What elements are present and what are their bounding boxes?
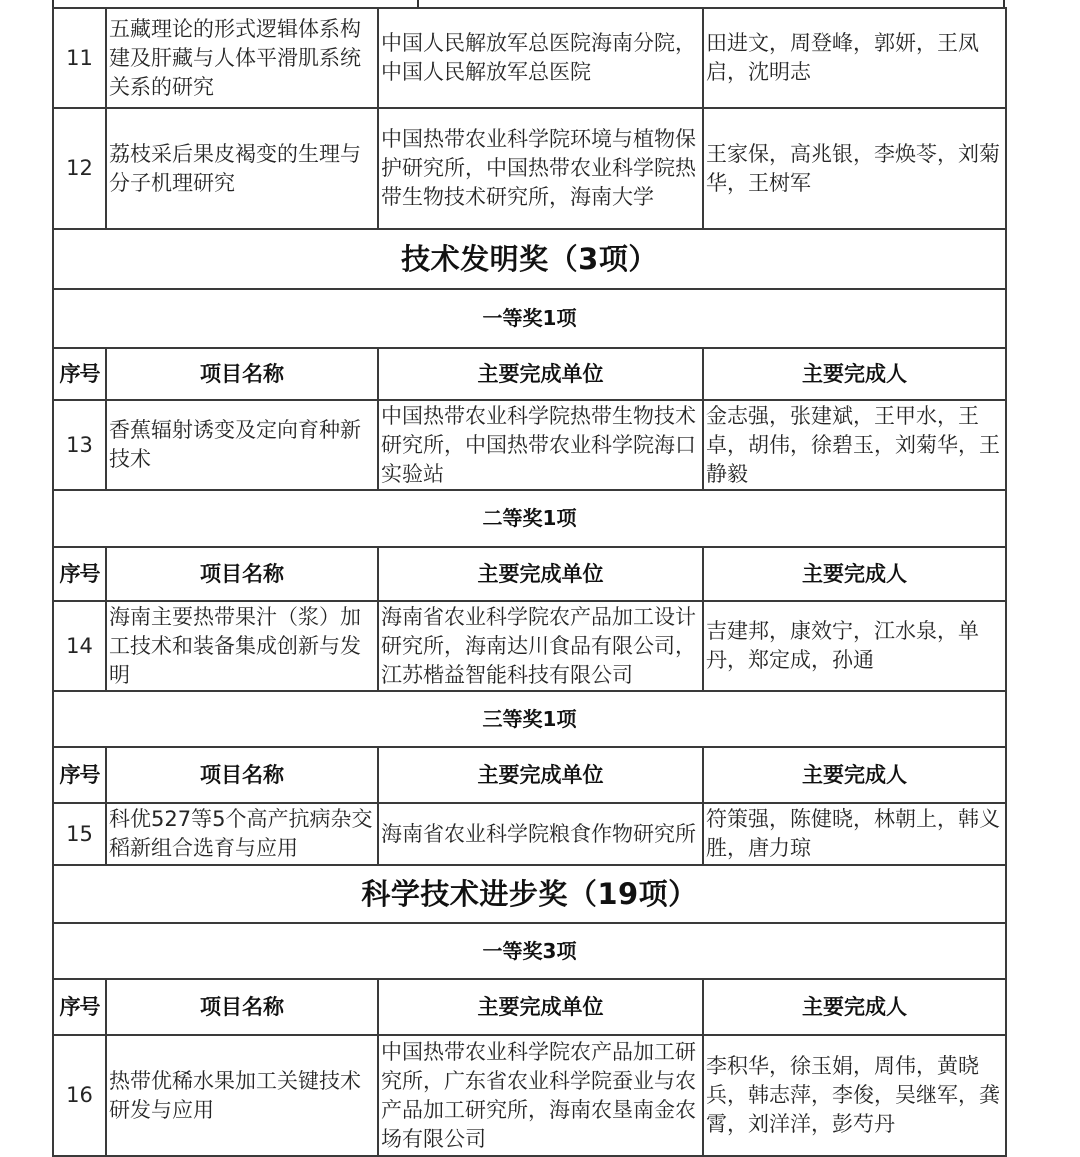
project-name: 五藏理论的形式逻辑体系构建及肝藏与人体平滑肌系统关系的研究 <box>106 8 378 108</box>
table-row: 14 海南主要热带果汁（浆）加工技术和装备集成创新与发明 海南省农业科学院农产品… <box>53 601 1006 691</box>
header-persons: 主要完成人 <box>703 979 1006 1035</box>
project-name: 香蕉辐射诱变及定向育种新技术 <box>106 400 378 490</box>
tier-title: 三等奖1项 <box>53 691 1006 747</box>
completion-persons: 金志强，张建斌，王甲水，王卓，胡伟，徐碧玉，刘菊华，王静毅 <box>703 400 1006 490</box>
section-title: 科学技术进步奖（19项） <box>53 865 1006 923</box>
completion-persons: 王家保，高兆银，李焕苓，刘菊华，王树军 <box>703 108 1006 229</box>
row-index: 13 <box>53 400 106 490</box>
section-heading-row: 科学技术进步奖（19项） <box>53 865 1006 923</box>
header-units: 主要完成单位 <box>378 747 703 803</box>
table-row: 13 香蕉辐射诱变及定向育种新技术 中国热带农业科学院热带生物技术研究所，中国热… <box>53 400 1006 490</box>
header-units: 主要完成单位 <box>378 547 703 601</box>
header-units: 主要完成单位 <box>378 979 703 1035</box>
section-title: 技术发明奖（3项） <box>53 229 1006 289</box>
project-name: 热带优稀水果加工关键技术研发与应用 <box>106 1035 378 1156</box>
completion-units: 中国热带农业科学院农产品加工研究所，广东省农业科学院蚕业与农产品加工研究所，海南… <box>378 1035 703 1156</box>
awards-table: 11 五藏理论的形式逻辑体系构建及肝藏与人体平滑肌系统关系的研究 中国人民解放军… <box>52 7 1007 1157</box>
tier-title: 一等奖1项 <box>53 289 1006 348</box>
completion-units: 海南省农业科学院农产品加工设计研究所，海南达川食品有限公司，江苏楷益智能科技有限… <box>378 601 703 691</box>
row-index: 15 <box>53 803 106 865</box>
header-index: 序号 <box>53 979 106 1035</box>
table-row: 15 科优527等5个高产抗病杂交稻新组合选育与应用 海南省农业科学院粮食作物研… <box>53 803 1006 865</box>
header-index: 序号 <box>53 348 106 400</box>
header-project: 项目名称 <box>106 348 378 400</box>
column-header-row: 序号 项目名称 主要完成单位 主要完成人 <box>53 547 1006 601</box>
tier-title: 一等奖3项 <box>53 923 1006 979</box>
project-name: 海南主要热带果汁（浆）加工技术和装备集成创新与发明 <box>106 601 378 691</box>
header-index: 序号 <box>53 747 106 803</box>
header-project: 项目名称 <box>106 747 378 803</box>
header-units: 主要完成单位 <box>378 348 703 400</box>
section-heading-row: 技术发明奖（3项） <box>53 229 1006 289</box>
row-index: 11 <box>53 8 106 108</box>
completion-persons: 田进文，周登峰，郭妍，王凤启，沈明志 <box>703 8 1006 108</box>
header-project: 项目名称 <box>106 979 378 1035</box>
header-persons: 主要完成人 <box>703 348 1006 400</box>
row-index: 12 <box>53 108 106 229</box>
completion-units: 海南省农业科学院粮食作物研究所 <box>378 803 703 865</box>
project-name: 科优527等5个高产抗病杂交稻新组合选育与应用 <box>106 803 378 865</box>
column-header-row: 序号 项目名称 主要完成单位 主要完成人 <box>53 747 1006 803</box>
completion-units: 中国人民解放军总医院海南分院，中国人民解放军总医院 <box>378 8 703 108</box>
header-persons: 主要完成人 <box>703 547 1006 601</box>
column-header-row: 序号 项目名称 主要完成单位 主要完成人 <box>53 348 1006 400</box>
tier-heading-row: 一等奖1项 <box>53 289 1006 348</box>
header-persons: 主要完成人 <box>703 747 1006 803</box>
row-index: 14 <box>53 601 106 691</box>
header-project: 项目名称 <box>106 547 378 601</box>
project-name: 荔枝采后果皮褐变的生理与分子机理研究 <box>106 108 378 229</box>
completion-units: 中国热带农业科学院热带生物技术研究所，中国热带农业科学院海口实验站 <box>378 400 703 490</box>
header-index: 序号 <box>53 547 106 601</box>
table-row: 11 五藏理论的形式逻辑体系构建及肝藏与人体平滑肌系统关系的研究 中国人民解放军… <box>53 8 1006 108</box>
tier-heading-row: 二等奖1项 <box>53 490 1006 547</box>
table-row: 16 热带优稀水果加工关键技术研发与应用 中国热带农业科学院农产品加工研究所，广… <box>53 1035 1006 1156</box>
tier-title: 二等奖1项 <box>53 490 1006 547</box>
completion-units: 中国热带农业科学院环境与植物保护研究所，中国热带农业科学院热带生物技术研究所，海… <box>378 108 703 229</box>
tier-heading-row: 三等奖1项 <box>53 691 1006 747</box>
table-row: 12 荔枝采后果皮褐变的生理与分子机理研究 中国热带农业科学院环境与植物保护研究… <box>53 108 1006 229</box>
column-header-row: 序号 项目名称 主要完成单位 主要完成人 <box>53 979 1006 1035</box>
row-index: 16 <box>53 1035 106 1156</box>
completion-persons: 李积华，徐玉娟，周伟，黄晓兵，韩志萍，李俊，吴继军，龚霄，刘洋洋，彭芍丹 <box>703 1035 1006 1156</box>
completion-persons: 吉建邦，康效宁，江水泉，单丹，郑定成，孙通 <box>703 601 1006 691</box>
tier-heading-row: 一等奖3项 <box>53 923 1006 979</box>
completion-persons: 符策强，陈健晓，林朝上，韩义胜，唐力琼 <box>703 803 1006 865</box>
